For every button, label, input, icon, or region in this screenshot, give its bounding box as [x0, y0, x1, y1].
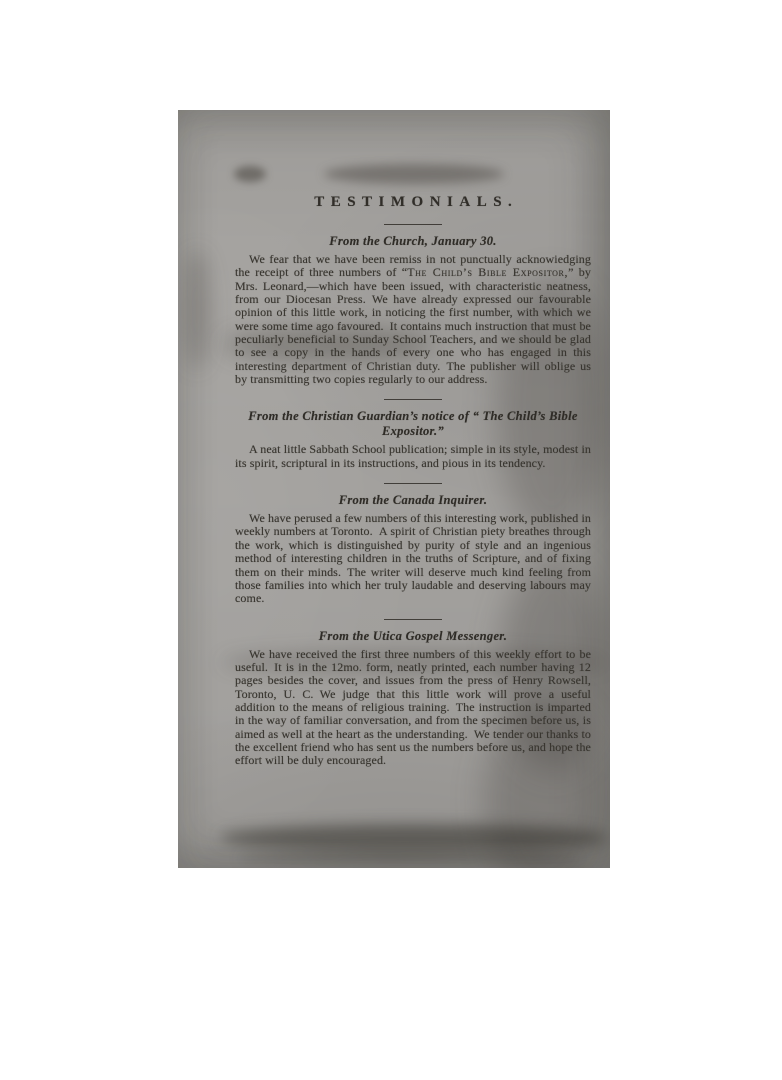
section-heading: From the Canada Inquirer. [235, 493, 591, 508]
testimonial-paragraph: We have received the first three numbers… [235, 648, 591, 768]
book-page: TESTIMONIALS. From the Church, January 3… [178, 110, 610, 868]
section-divider [384, 619, 442, 620]
body-text: ” by Mrs. Leonard,—which have been issue… [235, 265, 591, 386]
testimonial-paragraph: We fear that we have been remiss in not … [235, 253, 591, 386]
page-content: TESTIMONIALS. From the Church, January 3… [235, 110, 591, 768]
section-heading: From the Christian Guardian’s notice of … [235, 409, 591, 439]
section-divider [384, 483, 442, 484]
body-text: A neat little Sabbath School publication… [235, 442, 591, 469]
bleed-through-smudge [220, 824, 608, 852]
section-divider [384, 224, 442, 225]
body-text: We have perused a few numbers of this in… [235, 511, 591, 605]
section-divider [384, 399, 442, 400]
page-title: TESTIMONIALS. [235, 194, 591, 211]
small-caps-text: The Child’s Bible Expositor, [407, 265, 568, 279]
section-heading: From the Utica Gospel Messenger. [235, 629, 591, 644]
testimonial-sections: From the Church, January 30.We fear that… [235, 224, 591, 768]
scan-background: TESTIMONIALS. From the Church, January 3… [0, 0, 782, 1080]
bleed-through-smudge [238, 852, 578, 864]
testimonial-paragraph: A neat little Sabbath School publication… [235, 443, 591, 470]
section-heading: From the Church, January 30. [235, 234, 591, 249]
testimonial-paragraph: We have perused a few numbers of this in… [235, 512, 591, 605]
bleed-through-smudge [184, 250, 210, 370]
body-text: We have received the first three numbers… [235, 647, 591, 768]
